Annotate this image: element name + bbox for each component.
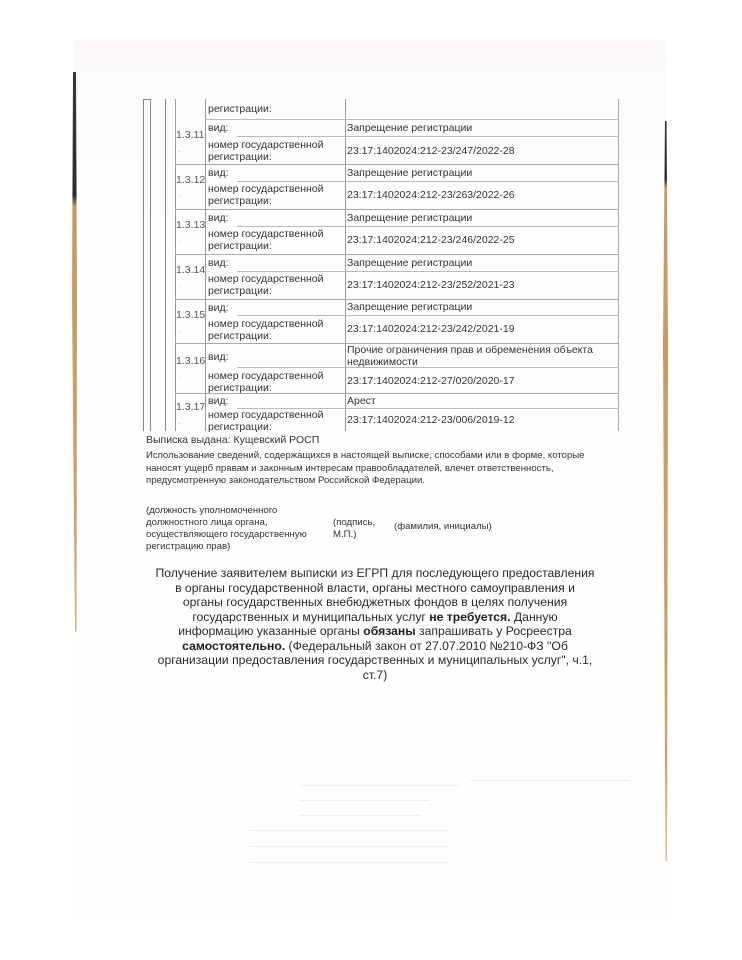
entry-number-dot: . (178, 280, 180, 289)
reg-number-label: номер государственной регистрации: (208, 139, 338, 163)
table-row-continuation: регистрации: (175, 99, 619, 119)
bleed-through-mark (250, 846, 450, 847)
entry-number: 1.3.11 (176, 129, 204, 141)
entry-number-dot: . (178, 190, 180, 199)
entry-number-dot: . (178, 371, 180, 380)
reg-number-label: номер государственной регистрации: (208, 273, 338, 297)
kind-label: вид: (208, 302, 229, 314)
kind-value: Арест (347, 395, 376, 407)
table-row: 1.3.14 . вид: Запрещение регистрации ном… (175, 254, 619, 299)
reg-number-value: 23:17:1402024:212-23/247/2022-28 (347, 145, 515, 157)
kind-label: вид: (208, 212, 229, 224)
reg-number-value: 23:17:1402024:212-23/252/2021-23 (347, 279, 515, 291)
entry-number: 1.3.17 (176, 401, 205, 413)
table-row: 1.3.13 . вид: Запрещение регистрации ном… (175, 209, 619, 254)
kind-label: вид: (208, 257, 229, 269)
egrp-notice: Получение заявителем выписки из ЕГРП для… (155, 566, 595, 682)
notice-bold-obliged: обязаны (363, 624, 415, 638)
reg-number-value: 23:17:1402024:212-23/263/2022-26 (347, 189, 515, 201)
sub-row-divider (237, 226, 619, 227)
signature-sign-caption: (подпись, М.П.) (333, 517, 393, 541)
kind-label: вид: (208, 167, 229, 179)
sub-row-divider (237, 367, 619, 368)
encumbrances-table: регистрации: 1.3.11 . вид: Запрещение ре… (143, 99, 619, 431)
kind-value: Запрещение регистрации (347, 257, 472, 269)
background (0, 0, 742, 40)
notice-text: запрашивать у Росреестра (416, 624, 572, 638)
bleed-through-mark (300, 785, 460, 786)
notice-bold-not-required: не требуется. (429, 610, 510, 624)
sub-row-divider (237, 408, 619, 409)
signature-name-caption: (фамилия, инициалы) (394, 521, 492, 532)
reg-number-value: 23:17:1402024:212-23/246/2022-25 (347, 234, 515, 246)
reg-number-value: 23:17:1402024:212-23/006/2019-12 (347, 414, 515, 426)
bleed-through-mark (300, 800, 430, 801)
entry-number: 1.3.14 (176, 264, 205, 276)
reg-number-label: номер государственной регистрации: (208, 183, 338, 207)
table-row: 1.3.16 . вид: Прочие ограничения прав и … (175, 343, 619, 393)
continued-label: регистрации: (208, 103, 272, 115)
reg-number-label: номер государственной регистрации: (208, 370, 338, 394)
table-row: 1.3.17 . вид: Арест номер государственно… (175, 393, 619, 431)
issued-by: Выписка выдана: Кущевский РОСП (146, 434, 319, 446)
bleed-through-mark (300, 815, 420, 816)
sub-row-divider (237, 315, 619, 316)
kind-label: вид: (208, 395, 229, 407)
sub-row-divider (237, 136, 619, 137)
table-row: 1.3.15 . вид: Запрещение регистрации ном… (175, 299, 619, 343)
signature-position-caption: (должность уполномоченного должностного … (146, 505, 316, 553)
sub-row-divider (237, 181, 619, 182)
sub-row-divider (237, 271, 619, 272)
entry-number: 1.3.12 (176, 174, 205, 186)
entry-number: 1.3.13 (176, 219, 205, 231)
kind-value: Запрещение регистрации (347, 212, 472, 224)
kind-value: Запрещение регистрации (347, 301, 472, 313)
entry-number: 1.3.16 (176, 355, 205, 367)
entry-number-dot: . (178, 417, 180, 426)
table-row: 1.3.12 . вид: Запрещение регистрации ном… (175, 164, 619, 209)
reg-number-label: номер государственной регистрации: (208, 318, 338, 342)
kind-value: Запрещение регистрации (347, 122, 472, 134)
table-outer-border (165, 99, 166, 431)
reg-number-value: 23:17:1402024:212-23/242/2021-19 (347, 323, 515, 335)
table-outer-border (143, 99, 151, 431)
kind-value: Запрещение регистрации (347, 167, 472, 179)
notice-bold-independently: самостоятельно. (182, 639, 285, 653)
bleed-through-mark (250, 830, 450, 831)
liability-warning: Использование сведений, содержащихся в н… (146, 450, 596, 488)
bleed-through-mark (250, 862, 450, 863)
kind-label: вид: (208, 122, 229, 134)
bleed-through-mark (470, 780, 630, 781)
entry-number-dot: . (178, 325, 180, 334)
reg-number-label: номер государственной регистрации: (208, 409, 338, 433)
entry-number-dot: . (178, 145, 180, 154)
entry-number-dot: . (178, 235, 180, 244)
reg-number-value: 23:17:1402024:212-27/020/2020-17 (347, 375, 515, 387)
paper-edge-left (72, 72, 77, 632)
kind-label: вид: (208, 351, 229, 363)
reg-number-label: номер государственной регистрации: (208, 228, 338, 252)
kind-value: Прочие ограничения прав и обременения об… (347, 344, 607, 368)
table-row: 1.3.11 . вид: Запрещение регистрации ном… (175, 119, 619, 164)
entry-number: 1.3.15 (176, 309, 205, 321)
